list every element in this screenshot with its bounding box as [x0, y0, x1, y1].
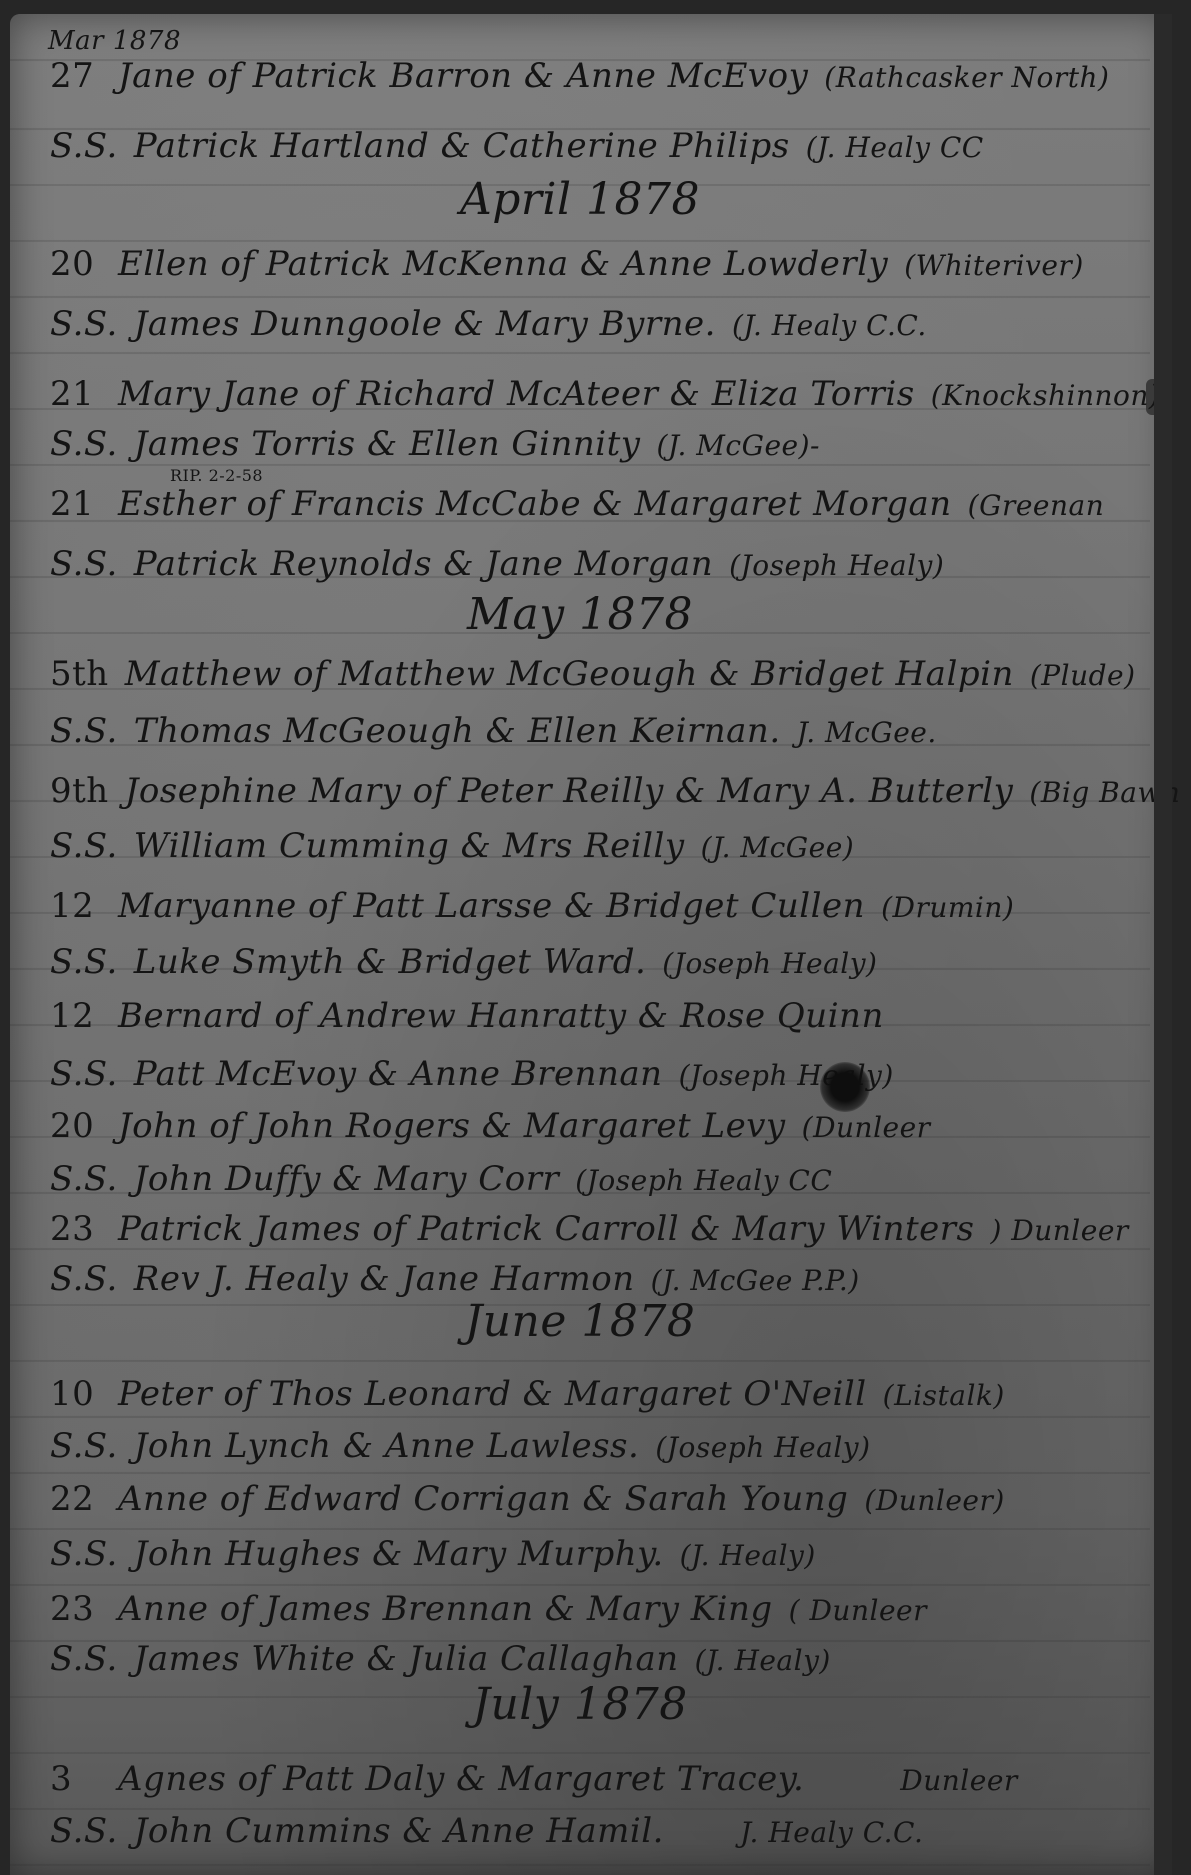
entry-text: John Hughes & Mary Murphy. [134, 1534, 664, 1574]
sponsors-mark: S.S. [50, 126, 118, 166]
entry-text: Thomas McGeough & Ellen Keirnan. [134, 711, 781, 751]
entry-baptism: 22 Anne of Edward Corrigan & Sarah Young… [50, 1479, 1005, 1519]
entry-sponsors: S.S. John Cummins & Anne Hamil. J. Healy… [50, 1811, 923, 1851]
entry-baptism: 21 Esther of Francis McCabe & Margaret M… [50, 484, 1104, 524]
entry-text: Rev J. Healy & Jane Harmon [134, 1259, 635, 1299]
entry-officiant: (Joseph Healy CC [575, 1164, 832, 1197]
entry-day: 20 [50, 244, 102, 284]
entry-officiant: J. McGee. [797, 716, 937, 749]
sponsors-mark: S.S. [50, 1259, 118, 1299]
entry-sponsors: S.S. Patrick Hartland & Catherine Philip… [50, 126, 984, 166]
sponsors-mark: S.S. [50, 1054, 118, 1094]
entry-sponsors: S.S. James Torris & Ellen Ginnity (J. Mc… [50, 424, 820, 464]
entry-sponsors: S.S. Luke Smyth & Bridget Ward. (Joseph … [50, 942, 877, 982]
entry-text: Agnes of Patt Daly & Margaret Tracey. [118, 1759, 804, 1799]
entry-day: 23 [50, 1209, 102, 1249]
entry-place: (Drumin) [881, 891, 1014, 924]
entry-baptism: 21 Mary Jane of Richard McAteer & Eliza … [50, 374, 1160, 414]
entry-day: 9th [50, 771, 109, 811]
entry-day: 20 [50, 1106, 102, 1146]
entry-text: John Duffy & Mary Corr [134, 1159, 559, 1199]
entry-day: 3 [50, 1759, 102, 1799]
entry-officiant: (J. McGee P.P.) [651, 1264, 860, 1297]
entry-baptism: 12 Maryanne of Patt Larsse & Bridget Cul… [50, 886, 1014, 926]
entry-text: Patrick Hartland & Catherine Philips [134, 126, 790, 166]
sponsors-mark: S.S. [50, 424, 118, 464]
entry-place: Dunleer [900, 1764, 1018, 1797]
entry-day: 12 [50, 886, 102, 926]
entry-day: 21 [50, 484, 102, 524]
entry-officiant: (J. Healy) [695, 1644, 831, 1677]
entry-sponsors: S.S. William Cumming & Mrs Reilly (J. Mc… [50, 826, 854, 866]
entry-text: James Torris & Ellen Ginnity [134, 424, 641, 464]
entry-day: 21 [50, 374, 102, 414]
entry-officiant: (Joseph Healy) [655, 1431, 870, 1464]
entry-text: John Cummins & Anne Hamil. [134, 1811, 664, 1851]
entry-text: James Dunngoole & Mary Byrne. [134, 304, 716, 344]
entry-sponsors: S.S. James Dunngoole & Mary Byrne. (J. H… [50, 304, 927, 344]
entry-text: William Cumming & Mrs Reilly [134, 826, 685, 866]
entry-sponsors: S.S. Rev J. Healy & Jane Harmon (J. McGe… [50, 1259, 860, 1299]
entry-baptism: 3 Agnes of Patt Daly & Margaret Tracey. … [50, 1759, 1018, 1799]
sponsors-mark: S.S. [50, 1639, 118, 1679]
entry-sponsors: S.S. John Lynch & Anne Lawless. (Joseph … [50, 1426, 871, 1466]
entry-day: 22 [50, 1479, 102, 1519]
entry-place: ) Dunleer [990, 1214, 1128, 1247]
entry-place: (Whiteriver) [904, 249, 1084, 282]
month-heading-april: April 1878 [10, 174, 1150, 225]
entry-place: (Plude) [1030, 659, 1136, 692]
entry-text: Patrick Reynolds & Jane Morgan [134, 544, 713, 584]
entry-text: John Lynch & Anne Lawless. [134, 1426, 640, 1466]
entry-baptism: 9th Josephine Mary of Peter Reilly & Mar… [50, 771, 1180, 811]
entry-sponsors: S.S. John Duffy & Mary Corr (Joseph Heal… [50, 1159, 832, 1199]
entry-baptism: 12 Bernard of Andrew Hanratty & Rose Qui… [50, 996, 900, 1036]
entry-place: (Rathcasker North) [824, 61, 1109, 94]
entry-place: (Knockshinnon) [931, 379, 1161, 412]
entry-text: Ellen of Patrick McKenna & Anne Lowderly [118, 244, 888, 284]
entry-baptism: 23 Patrick James of Patrick Carroll & Ma… [50, 1209, 1129, 1249]
sponsors-mark: S.S. [50, 711, 118, 751]
rip-annotation: RIP. 2-2-58 [170, 466, 263, 485]
month-heading-july: July 1878 [10, 1679, 1150, 1730]
entry-sponsors: S.S. Patrick Reynolds & Jane Morgan (Jos… [50, 544, 944, 584]
register-page: Mar 1878 27 Jane of Patrick Barron & Ann… [10, 14, 1172, 1875]
entry-text: Mary Jane of Richard McAteer & Eliza Tor… [118, 374, 915, 414]
entry-day: 12 [50, 996, 102, 1036]
sponsors-mark: S.S. [50, 1534, 118, 1574]
entry-officiant: (J. Healy CC [806, 131, 984, 164]
entry-officiant: (J. McGee)- [656, 429, 820, 462]
entry-place: (Dunleer [802, 1111, 931, 1144]
entry-officiant: (J. Healy C.C. [732, 309, 927, 342]
entry-officiant: (Joseph Healy) [662, 947, 877, 980]
entry-text: Esther of Francis McCabe & Margaret Morg… [118, 484, 952, 524]
entry-text: James White & Julia Callaghan [134, 1639, 679, 1679]
entry-sponsors: S.S. Thomas McGeough & Ellen Keirnan. J.… [50, 711, 937, 751]
entry-text: John of John Rogers & Margaret Levy [118, 1106, 786, 1146]
entry-text: Luke Smyth & Bridget Ward. [134, 942, 647, 982]
entry-place: ( Dunleer [789, 1594, 927, 1627]
entry-day: 27 [50, 56, 102, 96]
entry-text: Patt McEvoy & Anne Brennan [134, 1054, 663, 1094]
entry-officiant: (J. McGee) [701, 831, 855, 864]
sponsors-mark: S.S. [50, 826, 118, 866]
entry-day: 5th [50, 654, 109, 694]
entry-text: Matthew of Matthew McGeough & Bridget Ha… [125, 654, 1014, 694]
sponsors-mark: S.S. [50, 544, 118, 584]
entry-day: 10 [50, 1374, 102, 1414]
entry-text: Anne of James Brennan & Mary King [118, 1589, 773, 1629]
entry-officiant: (J. Healy) [680, 1539, 816, 1572]
entry-text: Bernard of Andrew Hanratty & Rose Quinn [118, 996, 884, 1036]
sponsors-mark: S.S. [50, 1426, 118, 1466]
entry-baptism: 20 John of John Rogers & Margaret Levy (… [50, 1106, 931, 1146]
entry-text: Patrick James of Patrick Carroll & Mary … [118, 1209, 974, 1249]
ink-blot [820, 1062, 870, 1112]
entry-officiant: (Joseph Healy) [729, 549, 944, 582]
sponsors-mark: S.S. [50, 304, 118, 344]
scan-frame: Mar 1878 27 Jane of Patrick Barron & Ann… [0, 0, 1191, 1875]
entry-baptism: 5th Matthew of Matthew McGeough & Bridge… [50, 654, 1136, 694]
entry-baptism: 10 Peter of Thos Leonard & Margaret O'Ne… [50, 1374, 1005, 1414]
entry-text: Anne of Edward Corrigan & Sarah Young [118, 1479, 848, 1519]
entry-officiant: J. Healy C.C. [740, 1816, 923, 1849]
entry-text: Peter of Thos Leonard & Margaret O'Neill [118, 1374, 867, 1414]
entry-baptism: 20 Ellen of Patrick McKenna & Anne Lowde… [50, 244, 1084, 284]
entry-place: (Dunleer) [864, 1484, 1004, 1517]
entry-place: (Big Bawn [1029, 776, 1180, 809]
entry-baptism: 23 Anne of James Brennan & Mary King ( D… [50, 1589, 927, 1629]
month-heading-may: May 1878 [10, 589, 1150, 640]
entry-baptism: 27 Jane of Patrick Barron & Anne McEvoy … [50, 56, 1109, 96]
entry-text: Josephine Mary of Peter Reilly & Mary A.… [125, 771, 1014, 811]
entry-place: (Greenan [968, 489, 1105, 522]
entry-text: Maryanne of Patt Larsse & Bridget Cullen [118, 886, 865, 926]
month-heading-june: June 1878 [10, 1296, 1150, 1347]
entry-text: Jane of Patrick Barron & Anne McEvoy [118, 56, 808, 96]
entry-sponsors: S.S. James White & Julia Callaghan (J. H… [50, 1639, 831, 1679]
sponsors-mark: S.S. [50, 1811, 118, 1851]
page-date-header: Mar 1878 [48, 26, 181, 56]
entry-sponsors: S.S. John Hughes & Mary Murphy. (J. Heal… [50, 1534, 816, 1574]
entry-sponsors: S.S. Patt McEvoy & Anne Brennan (Joseph … [50, 1054, 894, 1094]
entry-day: 23 [50, 1589, 102, 1629]
sponsors-mark: S.S. [50, 1159, 118, 1199]
entry-place: (Listalk) [883, 1379, 1005, 1412]
sponsors-mark: S.S. [50, 942, 118, 982]
